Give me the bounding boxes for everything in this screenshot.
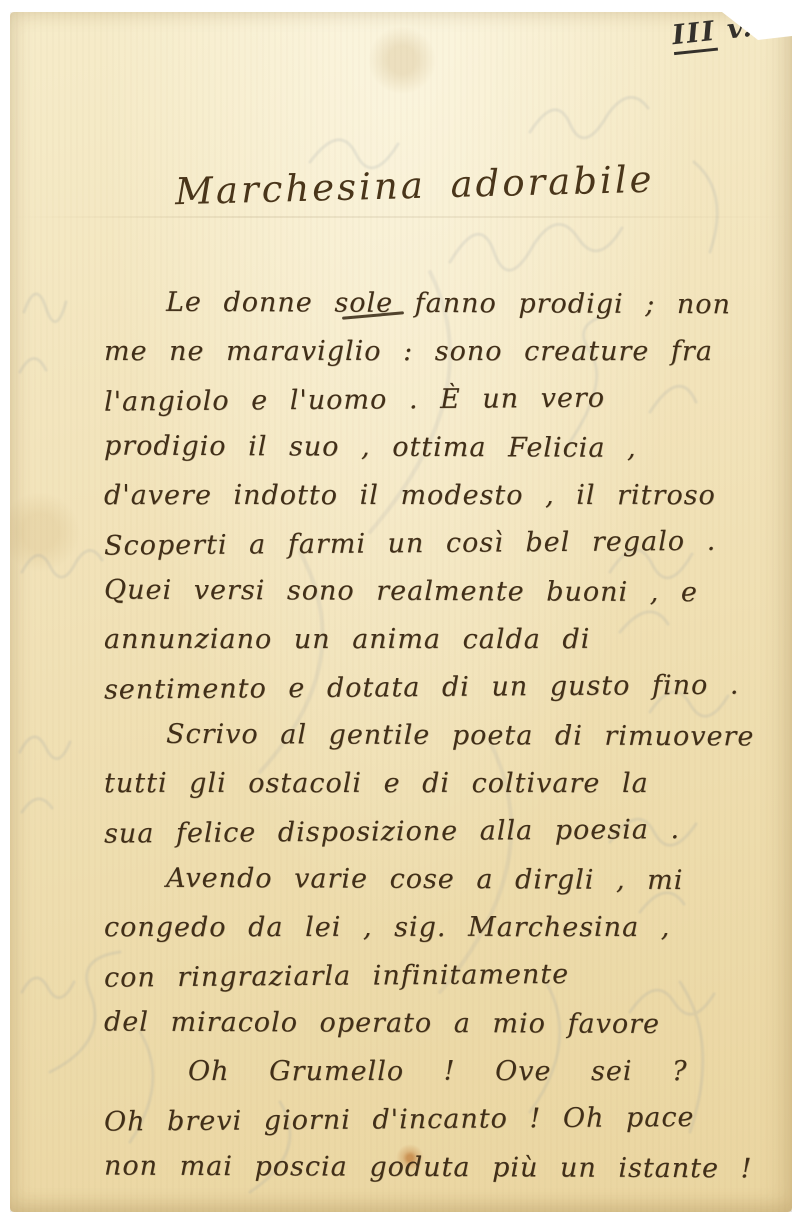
paper-crease (10, 216, 792, 218)
folio-number: III v. (671, 12, 755, 51)
letter-line: l'angiolo e l'uomo . È un vero (104, 373, 764, 426)
letter-line: Scrivo al gentile poeta di rimuovere (104, 711, 764, 762)
letter-line: Le donne sole fanno prodigi ; non (104, 279, 764, 330)
letter-line: tutti gli ostacoli e di coltivare la (104, 760, 764, 808)
letter-line: me ne maraviglio : sono creature fra (104, 328, 764, 376)
letter-line: non mai poscia goduta più un istante ! (104, 1143, 764, 1194)
letter-line: con ringraziarla infinitamente (104, 949, 764, 1002)
letter-line: Oh Grumello ! Ove sei ? (104, 1048, 764, 1096)
letter-line: sua felice disposizione alla poesia . (104, 805, 764, 858)
letter-line: congedo da lei , sig. Marchesina , (104, 904, 764, 952)
letter-line: Scoperti a farmi un così bel regalo . (104, 517, 764, 570)
folio-suffix: v. (726, 12, 755, 46)
letter-line: annunziano un anima calda di (104, 616, 764, 664)
letter-line: del miracolo operato a mio favore (104, 999, 764, 1050)
folio-roman-numeral: III (671, 16, 718, 55)
salutation-line: Marchesina adorabile (175, 158, 656, 214)
letter-line: Quei versi sono realmente buoni , e (104, 567, 764, 618)
letter-body: Le donne sole fanno prodigi ; non me ne … (104, 280, 764, 1192)
letter-line: d'avere indotto il modesto , il ritroso (104, 472, 764, 520)
letter-line: Oh brevi giorni d'incanto ! Oh pace (104, 1093, 764, 1146)
letter-line: sentimento e dotata di un gusto fino . (104, 661, 764, 714)
letter-line: Avendo varie cose a dirgli , mi (104, 855, 764, 906)
letter-page: III v. Marchesina adorabile Le donne sol… (10, 12, 792, 1212)
letter-line: prodigio il suo , ottima Felicia , (104, 423, 764, 474)
